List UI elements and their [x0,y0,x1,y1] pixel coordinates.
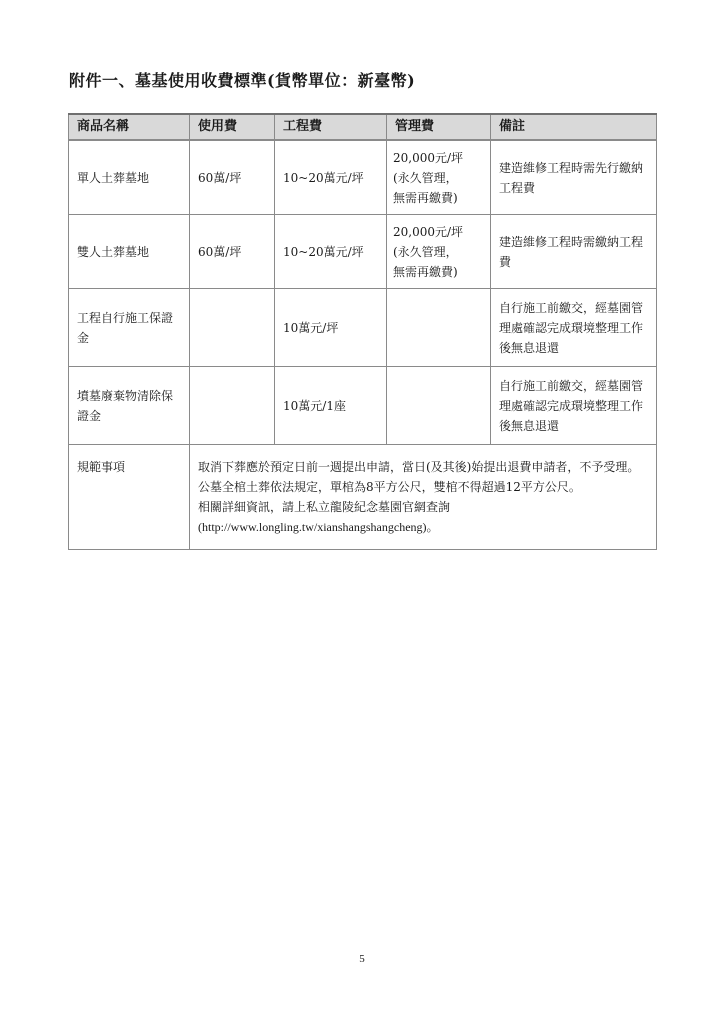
cell-product-name: 雙人土葬墓地 [69,215,190,289]
rules-row: 規範事項 取消下葬應於預定日前一週提出申請，當日(及其後)始提出退費申請者，不予… [69,445,657,550]
cell-construction-fee: 10萬元/坪 [275,289,387,367]
table-row: 單人土葬墓地 60萬/坪 10~20萬元/坪 20,000元/坪 (永久管理， … [69,140,657,215]
header-construction-fee: 工程費 [275,114,387,140]
cell-notes: 建造維修工程時需繳納工程費 [491,215,657,289]
header-management-fee: 管理費 [387,114,491,140]
table-row: 墳墓廢棄物清除保證金 10萬元/1座 自行施工前繳交，經墓園管理處確認完成環境整… [69,367,657,445]
header-notes: 備註 [491,114,657,140]
cell-usage-fee [190,289,275,367]
table-row: 工程自行施工保證金 10萬元/坪 自行施工前繳交，經墓園管理處確認完成環境整理工… [69,289,657,367]
header-product-name: 商品名稱 [69,114,190,140]
header-usage-fee: 使用費 [190,114,275,140]
rule-more-info: 相關詳細資訊，請上私立龍陵紀念墓園官網查詢 [198,497,648,517]
cell-product-name: 單人土葬墓地 [69,140,190,215]
page-title: 附件一、墓基使用收費標準(貨幣單位：新臺幣) [69,68,415,91]
cell-usage-fee [190,367,275,445]
cell-usage-fee: 60萬/坪 [190,215,275,289]
cell-construction-fee: 10~20萬元/坪 [275,215,387,289]
cell-notes: 建造維修工程時需先行繳納工程費 [491,140,657,215]
rule-coffin-area: 公墓全棺土葬依法規定，單棺為8平方公尺，雙棺不得超過12平方公尺。 [198,477,648,497]
cell-usage-fee: 60萬/坪 [190,140,275,215]
fee-schedule-table: 商品名稱 使用費 工程費 管理費 備註 單人土葬墓地 60萬/坪 10~20萬元… [68,113,657,550]
cell-product-name: 工程自行施工保證金 [69,289,190,367]
cell-notes: 自行施工前繳交，經墓園管理處確認完成環境整理工作後無息退還 [491,367,657,445]
cell-management-fee [387,367,491,445]
table-header-row: 商品名稱 使用費 工程費 管理費 備註 [69,114,657,140]
cell-management-fee: 20,000元/坪 (永久管理， 無需再繳費) [387,140,491,215]
cell-management-fee [387,289,491,367]
cell-management-fee: 20,000元/坪 (永久管理， 無需再繳費) [387,215,491,289]
website-link[interactable]: (http://www.longling.tw/xianshangshangch… [198,517,648,537]
rule-cancellation: 取消下葬應於預定日前一週提出申請，當日(及其後)始提出退費申請者，不予受理。 [198,457,648,477]
table-row: 雙人土葬墓地 60萬/坪 10~20萬元/坪 20,000元/坪 (永久管理， … [69,215,657,289]
page-number: 5 [0,953,724,965]
cell-notes: 自行施工前繳交，經墓園管理處確認完成環境整理工作後無息退還 [491,289,657,367]
rules-label: 規範事項 [69,445,190,550]
cell-construction-fee: 10~20萬元/坪 [275,140,387,215]
cell-construction-fee: 10萬元/1座 [275,367,387,445]
rules-content: 取消下葬應於預定日前一週提出申請，當日(及其後)始提出退費申請者，不予受理。 公… [190,445,657,550]
cell-product-name: 墳墓廢棄物清除保證金 [69,367,190,445]
